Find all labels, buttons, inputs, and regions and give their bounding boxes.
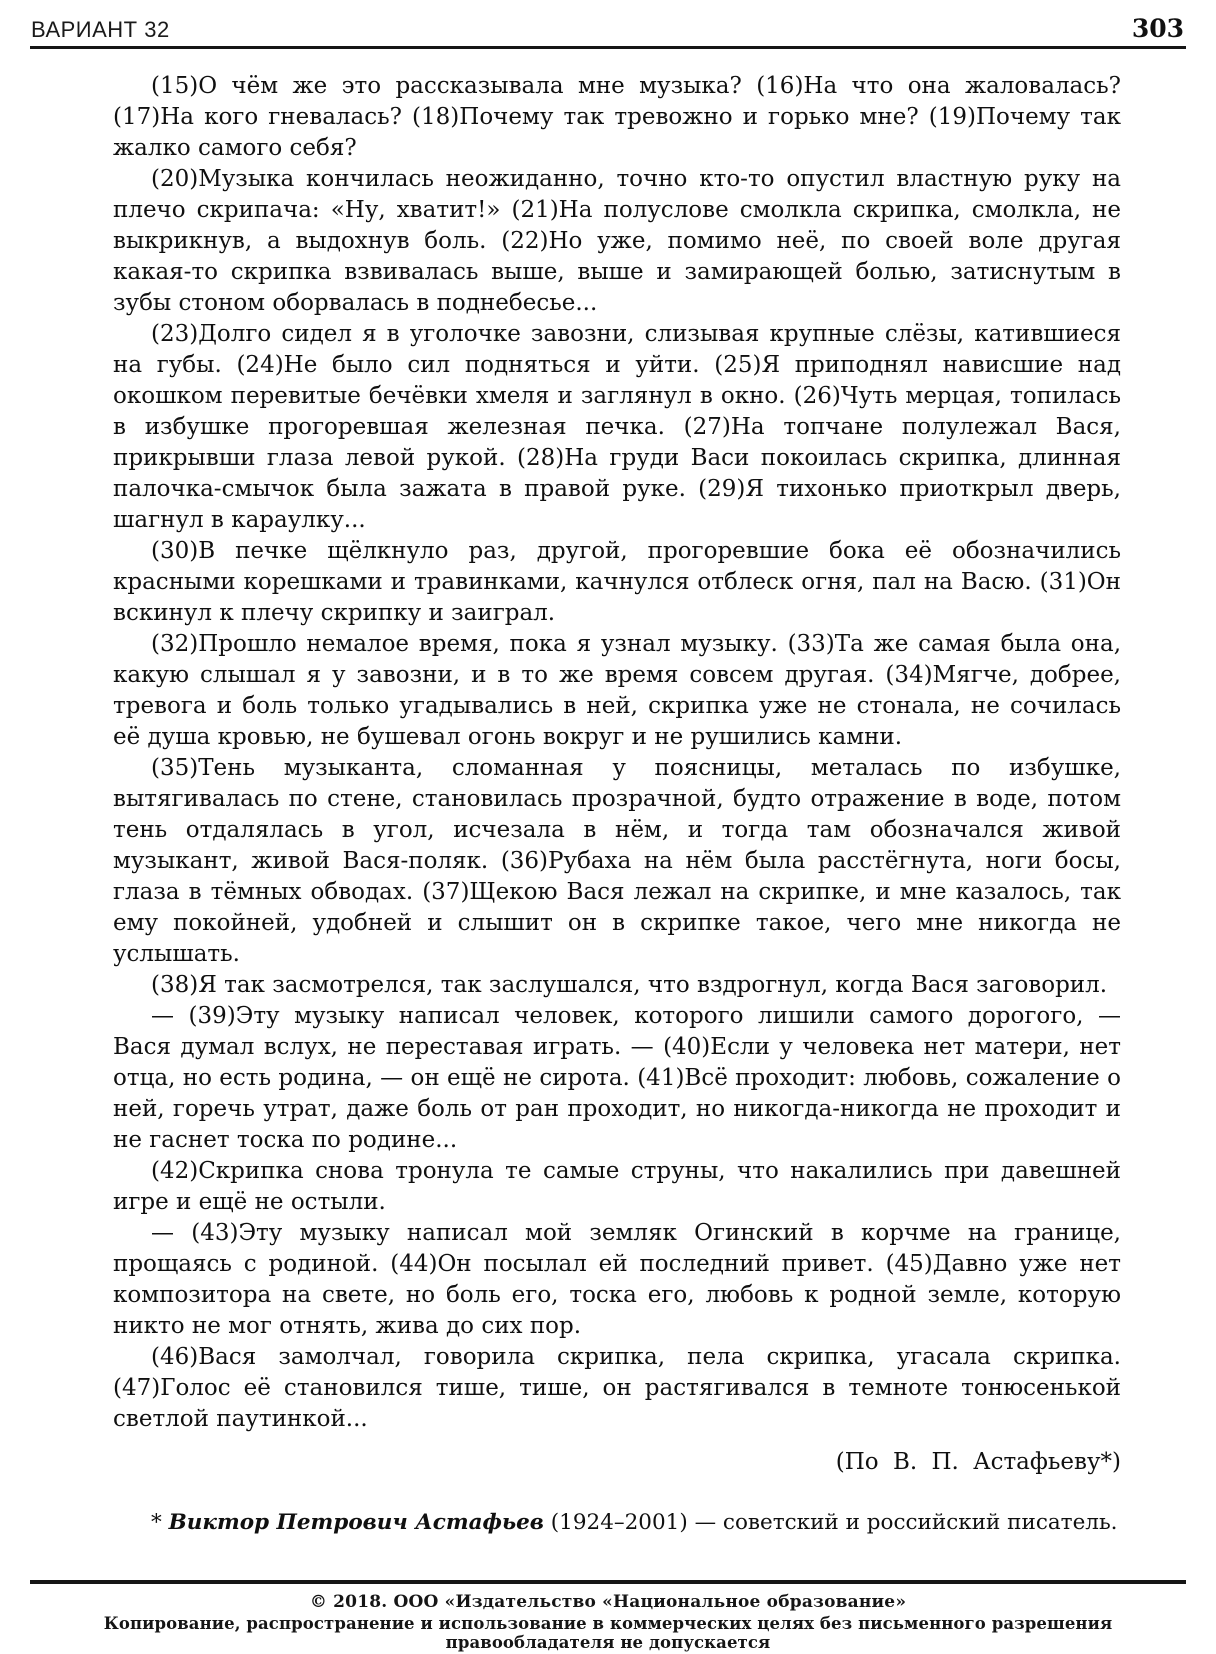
variant-label: ВАРИАНТ 32 (31, 17, 170, 43)
header-rule (30, 46, 1186, 49)
paragraph: (46)Вася замолчал, говорила скрипка, пел… (113, 1342, 1121, 1435)
paragraph: (30)В печке щёлкнуло раз, другой, прогор… (113, 536, 1121, 629)
paragraph: (15)О чём же это рассказывала мне музыка… (113, 71, 1121, 164)
paragraph: (42)Скрипка снова тронула те самые струн… (113, 1156, 1121, 1218)
author-footnote: * Виктор Петрович Астафьев (1924–2001) —… (113, 1507, 1121, 1538)
author-attribution: (По В. П. Астафьеву*) (113, 1447, 1121, 1478)
footnote-author-description: (1924–2001) — советский и российский пис… (544, 1510, 1118, 1535)
paragraph: (23)Долго сидел я в уголочке завозни, сл… (113, 319, 1121, 536)
paragraph: (35)Тень музыканта, сломанная у поясницы… (113, 753, 1121, 970)
copy-protection-notice: Копирование, распространение и использов… (30, 1614, 1186, 1652)
paragraph: (38)Я так засмотрелся, так заслушался, ч… (113, 970, 1121, 1001)
page-footer: © 2018. ООО «Издательство «Национальное … (30, 1580, 1186, 1652)
paragraph: (20)Музыка кончилась неожиданно, точно к… (113, 164, 1121, 319)
footnote-marker: * (151, 1510, 169, 1535)
paragraph: — (43)Эту музыку написал мой земляк Огин… (113, 1218, 1121, 1342)
paragraph: — (39)Эту музыку написал человек, которо… (113, 1001, 1121, 1156)
text-body: (15)О чём же это рассказывала мне музыка… (113, 71, 1121, 1538)
paragraph: (32)Прошло немалое время, пока я узнал м… (113, 629, 1121, 753)
footnote-author-name: Виктор Петрович Астафьев (169, 1510, 544, 1535)
page-number: 303 (1132, 14, 1184, 43)
book-page: ВАРИАНТ 32 303 (15)О чём же это рассказы… (0, 0, 1216, 1654)
copyright-line: © 2018. ООО «Издательство «Национальное … (30, 1592, 1186, 1612)
